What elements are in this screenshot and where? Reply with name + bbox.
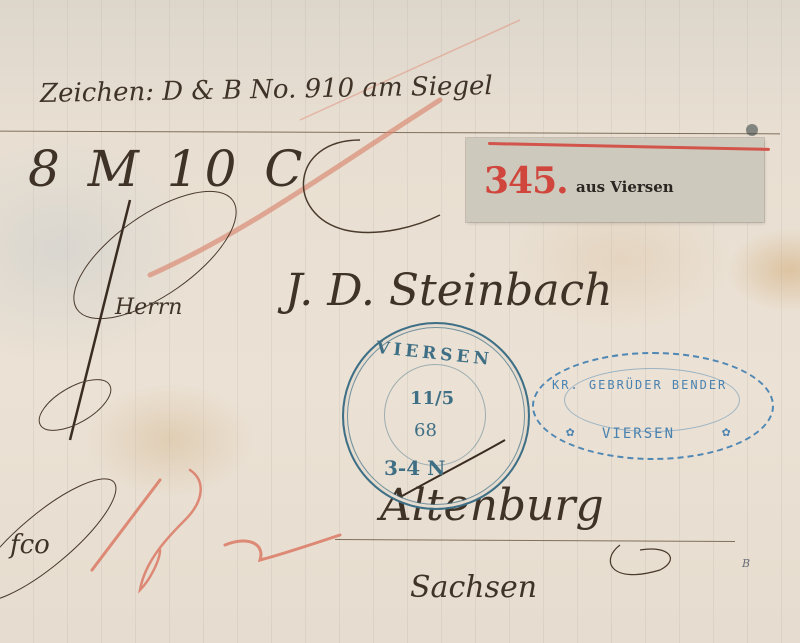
franco-mark: fco bbox=[10, 530, 50, 560]
oval-sender-stamp: KR. GEBRÜDER BENDER VIERSEN ✿ ✿ bbox=[532, 352, 774, 460]
postmark-year: 68 bbox=[414, 420, 437, 441]
oval-bottom-text: VIERSEN bbox=[602, 426, 675, 442]
registration-number: 345. bbox=[484, 160, 568, 202]
postmark-day: 11/5 bbox=[410, 388, 454, 409]
postmark-time: 3-4 N bbox=[384, 456, 445, 480]
oval-rosette-left-icon: ✿ bbox=[566, 424, 576, 440]
addressee-name: J. D. Steinbach bbox=[285, 265, 613, 316]
oval-top-text: KR. GEBRÜDER BENDER bbox=[552, 378, 727, 392]
destination-region: Sachsen bbox=[410, 570, 537, 605]
oval-rosette-right-icon: ✿ bbox=[722, 424, 732, 440]
corner-mark: B bbox=[742, 557, 750, 570]
salutation: Herrn bbox=[115, 295, 182, 320]
registration-label: 345. aus Viersen bbox=[466, 138, 764, 222]
registration-origin: aus Viersen bbox=[576, 178, 674, 196]
circular-postmark: VIERSEN 11/5 68 3-4 N bbox=[342, 322, 530, 510]
letter-cover: Zeichen: D & B No. 910 am Siegel 8 M 10 … bbox=[0, 0, 800, 643]
postmark-inner-ring bbox=[384, 364, 486, 466]
label-red-line bbox=[488, 142, 770, 151]
fee-note: 8 M 10 C bbox=[28, 140, 309, 198]
